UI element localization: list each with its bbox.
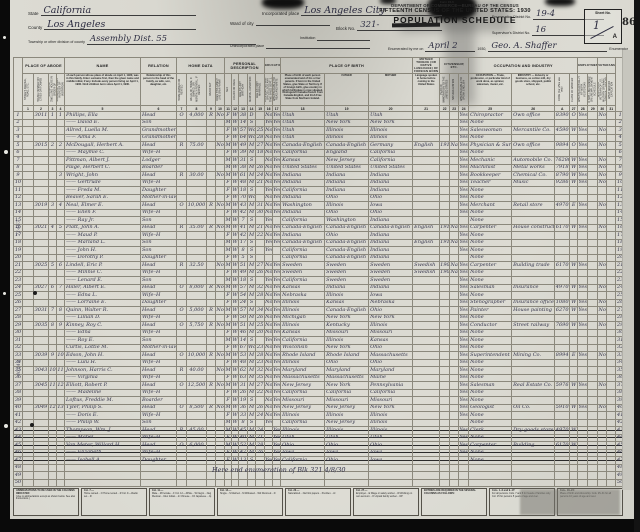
- cell-war: [607, 127, 616, 135]
- cell-radio-set: [207, 134, 216, 142]
- cell-code: [555, 329, 570, 337]
- cell-immigration-year: [440, 202, 450, 210]
- cell-race: W: [232, 329, 239, 337]
- cell-unemployment-line: [588, 247, 598, 255]
- cell-mother-tongue: [413, 254, 440, 262]
- cell-family-number: [57, 314, 65, 322]
- cell-marital: M: [248, 322, 256, 330]
- cell-naturalization: [450, 434, 459, 442]
- group-mother-tongue: MOTHER TONGUE (OR NATIVE LANGUAGE) OF FO…: [413, 58, 440, 74]
- cell-mother-birthplace: Nebraska: [369, 299, 413, 307]
- cell-name: Phillips, Ella: [65, 112, 141, 120]
- cell-code: [555, 419, 570, 427]
- cell-race: W: [232, 194, 239, 202]
- cell-home-value: [187, 329, 207, 337]
- cell-unemployment-line: [588, 359, 598, 367]
- cell-father-birthplace: Canada-English: [325, 239, 369, 247]
- cell-farm: [216, 479, 225, 487]
- cell-naturalization: [450, 149, 459, 157]
- cell-home-owned: R: [177, 172, 187, 180]
- cell-home-value: [187, 187, 207, 195]
- cell-birthplace: Illinois: [281, 322, 325, 330]
- cell-dwelling-number: [49, 337, 57, 345]
- cell-home-owned: [177, 449, 187, 457]
- cell-sex: M: [225, 172, 232, 180]
- cell-house-number: [34, 389, 49, 397]
- cell-at-work: Yes: [578, 157, 588, 165]
- cell-marital: Wd: [248, 134, 256, 142]
- cell-house-number: [34, 442, 49, 450]
- cell-home-owned: O: [177, 442, 187, 450]
- cell-naturalization: [450, 314, 459, 322]
- cell-war: [607, 359, 616, 367]
- col-code: CODE (For office use only): [555, 74, 570, 106]
- cell-age: 61: [239, 172, 248, 180]
- cell-radio-set: R: [207, 307, 216, 315]
- group-header-row: PLACE OF ABODE NAME RELATION HOME DATA P…: [14, 58, 625, 74]
- cell-house-number: [34, 472, 49, 480]
- cell-birthplace: Maryland: [281, 367, 325, 375]
- cell-speaks-english: Yes: [459, 292, 469, 300]
- cell-war: [607, 449, 616, 457]
- col-radio-set: RADIO SET: [207, 74, 216, 106]
- cell-farm: [216, 217, 225, 225]
- cell-industry: [512, 134, 555, 142]
- cell-veteran: [598, 359, 607, 367]
- cell-relation: Head: [141, 382, 177, 390]
- cell-school: Yes: [265, 239, 273, 247]
- cell-line-number: 46: [14, 449, 23, 457]
- cell-home-owned: [177, 329, 187, 337]
- cell-unemployment-line: [588, 322, 598, 330]
- cell-occupation: None: [469, 419, 512, 427]
- cell-mother-birthplace: California: [369, 157, 413, 165]
- cell-naturalization: [450, 382, 459, 390]
- cell-school: No: [265, 292, 273, 300]
- cell-street: [23, 464, 34, 472]
- cell-age-first-marriage: 28: [256, 442, 265, 450]
- cell-sex: F: [225, 127, 232, 135]
- cell-race: W: [232, 142, 239, 150]
- cell-industry: [512, 419, 555, 427]
- cell-mother-birthplace: Ohio: [369, 209, 413, 217]
- cell-sex: F: [225, 434, 232, 442]
- cell-name: —— John H.: [65, 247, 141, 255]
- cell-marital: M: [248, 164, 256, 172]
- cell-line-number: 2: [14, 119, 23, 127]
- cell-mother-birthplace: Sweden: [369, 269, 413, 277]
- cell-speaks-english: Yes: [459, 179, 469, 187]
- cell-farm: [216, 419, 225, 427]
- cell-name: —— Gertrude: [65, 179, 141, 187]
- cell-naturalization: [450, 472, 459, 480]
- cell-speaks-english: [459, 217, 469, 225]
- cell-school: No: [265, 382, 273, 390]
- cell-code: 9894: [555, 142, 570, 150]
- cell-dwelling-number: [49, 479, 57, 487]
- cell-home-value: 30.00: [187, 172, 207, 180]
- cell-street: [23, 172, 34, 180]
- cell-family-number: [57, 419, 65, 427]
- cell-war: [607, 172, 616, 180]
- cell-dwelling-number: 7: [49, 307, 57, 315]
- cell-occupation: [469, 479, 512, 487]
- cell-house-number: [34, 134, 49, 142]
- cell-class-of-worker: W: [570, 262, 578, 270]
- cell-occupation: Machinist: [469, 164, 512, 172]
- cell-mother-birthplace: Indiana: [369, 179, 413, 187]
- cell-street: [23, 142, 34, 150]
- cell-relation: Wife–H: [141, 232, 177, 240]
- cell-line-number: 4: [14, 134, 23, 142]
- cell-race: W: [232, 449, 239, 457]
- col-war: WHAT WAR OR EXPEDITION: [607, 74, 616, 106]
- cell-veteran: No: [598, 127, 607, 135]
- cell-family-number: [57, 179, 65, 187]
- cell-mother-birthplace: Canada-English: [369, 224, 413, 232]
- cell-family-number: [57, 464, 65, 472]
- cell-read-write: Yes: [273, 322, 281, 330]
- cell-father-birthplace: Illinois: [325, 337, 369, 345]
- cell-mother-birthplace: Iowa: [369, 202, 413, 210]
- cell-mother-tongue: [413, 314, 440, 322]
- cell-war: [607, 374, 616, 382]
- cell-age-first-marriage: 28: [256, 134, 265, 142]
- cell-class-of-worker: W: [570, 127, 578, 135]
- cell-mother-birthplace: Germany: [369, 142, 413, 150]
- cell-relation: Head: [141, 442, 177, 450]
- cell-home-value: 6,000: [187, 442, 207, 450]
- cell-age-first-marriage: [256, 112, 265, 120]
- cell-dwelling-number: [49, 172, 57, 180]
- cell-house-number: [34, 374, 49, 382]
- cell-family-number: [57, 269, 65, 277]
- cell-mother-birthplace: Utah: [369, 112, 413, 120]
- cell-school: No: [265, 374, 273, 382]
- cell-age: [239, 479, 248, 487]
- cell-at-work: [578, 149, 588, 157]
- table-row: 25 —— Edna L. Wife–H F W 54 M 28: [14, 292, 625, 300]
- cell-immigration-year: [440, 164, 450, 172]
- cell-relation: Wife–H: [141, 374, 177, 382]
- cell-home-owned: [177, 314, 187, 322]
- cell-name: —— Virginia: [65, 374, 141, 382]
- cell-dwelling-number: [49, 292, 57, 300]
- cell-mother-birthplace: [369, 472, 413, 480]
- cell-age: 5: [239, 254, 248, 262]
- cell-house-number: [34, 179, 49, 187]
- cell-age: 41: [239, 224, 248, 232]
- cell-family-number: 6: [57, 262, 65, 270]
- col-sex: SEX: [225, 74, 232, 106]
- cell-dwelling-number: 9: [49, 352, 57, 360]
- cell-radio-set: [207, 172, 216, 180]
- cell-occupation: Bookkeeper: [469, 172, 512, 180]
- cell-home-owned: [177, 344, 187, 352]
- cell-occupation: Saleswoman: [469, 127, 512, 135]
- cell-speaks-english: Yes: [459, 352, 469, 360]
- cell-name: —— Madeline: [65, 389, 141, 397]
- cell-occupation: Superintendent: [469, 352, 512, 360]
- cell-at-work: Yes: [578, 284, 588, 292]
- cell-family-number: [57, 397, 65, 405]
- col-mother-birthplace: MOTHER: [369, 74, 413, 106]
- cell-code: 8790: [555, 172, 570, 180]
- cell-home-value: [187, 337, 207, 345]
- cell-industry: [512, 217, 555, 225]
- cell-family-number: [57, 149, 65, 157]
- cell-naturalization: [450, 134, 459, 142]
- table-row: 27 3031 7 8 Quinn, Walter R. Head O 5,00…: [14, 307, 625, 315]
- cell-at-work: Yes: [578, 112, 588, 120]
- cell-naturalization: [450, 389, 459, 397]
- cell-immigration-year: [440, 479, 450, 487]
- cell-farm: No: [216, 262, 225, 270]
- cell-veteran: No: [598, 142, 607, 150]
- cell-veteran: No: [598, 382, 607, 390]
- cell-mother-tongue: [413, 277, 440, 285]
- cell-family-number: [57, 217, 65, 225]
- cell-age-first-marriage: [256, 479, 265, 487]
- cell-home-owned: [177, 389, 187, 397]
- cell-naturalization: [450, 457, 459, 465]
- cell-read-write: Yes: [273, 269, 281, 277]
- cell-mother-birthplace: [369, 464, 413, 472]
- cell-sex: F: [225, 134, 232, 142]
- cell-family-number: 3: [57, 172, 65, 180]
- cell-school: No: [265, 269, 273, 277]
- cell-war: [607, 397, 616, 405]
- cell-age: 52: [239, 442, 248, 450]
- cell-speaks-english: Yes: [459, 194, 469, 202]
- col-industry-description: INDUSTRY — Industry or business, as cott…: [512, 74, 555, 106]
- cell-speaks-english: [459, 464, 469, 472]
- cell-age-first-marriage: 21: [256, 179, 265, 187]
- cell-home-value: 32.50: [187, 262, 207, 270]
- cell-class-of-worker: [570, 374, 578, 382]
- cell-father-birthplace: New Jersey: [325, 157, 369, 165]
- cell-mother-birthplace: Massachusetts: [369, 352, 413, 360]
- cell-speaks-english: Yes: [459, 157, 469, 165]
- cell-immigration-year: 1912: [440, 239, 450, 247]
- cell-dwelling-number: [49, 254, 57, 262]
- cell-dwelling-number: 4: [49, 224, 57, 232]
- cell-farm: [216, 239, 225, 247]
- table-row: 7 Pittman, Albert J. Lodger M W 31 S: [14, 157, 625, 165]
- table-row: 37 3045 11 12 Elliott, Robert P. Head O …: [14, 382, 625, 390]
- cell-home-value: [187, 164, 207, 172]
- cell-mother-tongue: [413, 442, 440, 450]
- cell-veteran: [598, 292, 607, 300]
- cell-war: [607, 337, 616, 345]
- cell-at-work: [578, 209, 588, 217]
- col-read-write: WHETHER ABLE TO READ AND WRITE: [273, 74, 281, 106]
- cell-veteran: [598, 374, 607, 382]
- cell-home-owned: O: [177, 352, 187, 360]
- cell-age: 18: [239, 187, 248, 195]
- cell-unemployment-line: [588, 239, 598, 247]
- cell-occupation: Mechanic: [469, 157, 512, 165]
- cell-line-number: 21: [14, 262, 23, 270]
- cell-veteran: No: [598, 172, 607, 180]
- cell-school: [265, 254, 273, 262]
- cell-read-write: Yes: [273, 179, 281, 187]
- cell-veteran: [598, 277, 607, 285]
- cell-age-first-marriage: 34: [256, 307, 265, 315]
- cell-industry: [512, 479, 555, 487]
- cell-name: [65, 472, 141, 480]
- cell-at-work: [578, 239, 588, 247]
- cell-immigration-year: [440, 254, 450, 262]
- cell-home-owned: [177, 434, 187, 442]
- cell-school: No: [265, 329, 273, 337]
- cell-father-birthplace: Sweden: [325, 269, 369, 277]
- cell-occupation: None: [469, 194, 512, 202]
- cell-age: 7: [239, 217, 248, 225]
- cell-unemployment-line: [588, 149, 598, 157]
- enumerated-by-label: Enumerated by me on: [388, 47, 423, 52]
- cell-mother-tongue: English: [413, 239, 440, 247]
- cell-industry: [512, 232, 555, 240]
- cell-unemployment-line: [588, 479, 598, 487]
- cell-dwelling-number: 11: [49, 382, 57, 390]
- cell-naturalization: [450, 397, 459, 405]
- cell-mother-tongue: [413, 149, 440, 157]
- table-row: 1 3011 1 1 Phillips, Ella Head O 4,000 R…: [14, 112, 625, 120]
- cell-home-owned: [177, 419, 187, 427]
- cell-mother-tongue: [413, 352, 440, 360]
- ward-value: [256, 25, 330, 26]
- cell-school: No: [265, 127, 273, 135]
- cell-relation: Son: [141, 119, 177, 127]
- cell-line-number: 11: [14, 187, 23, 195]
- cell-class-of-worker: W: [570, 172, 578, 180]
- cell-war: [607, 194, 616, 202]
- cell-mother-tongue: [413, 419, 440, 427]
- cell-street: [23, 322, 34, 330]
- cell-home-value: [187, 457, 207, 465]
- cell-speaks-english: Yes: [459, 359, 469, 367]
- cell-family-number: [57, 389, 65, 397]
- cell-home-value: [187, 194, 207, 202]
- cell-farm: [216, 127, 225, 135]
- col-relation-description: Relationship of this person to the head …: [141, 74, 177, 106]
- cell-naturalization: [450, 172, 459, 180]
- cell-unemployment-line: [588, 404, 598, 412]
- col-class-of-worker: CLASS OF WORKER: [570, 74, 578, 106]
- cell-industry: House construction: [512, 224, 555, 232]
- cell-sex: M: [225, 224, 232, 232]
- cell-home-owned: [177, 359, 187, 367]
- cell-line-number: 24: [14, 284, 23, 292]
- cell-home-value: 45.00: [187, 427, 207, 435]
- cell-marital: S: [248, 277, 256, 285]
- cell-home-owned: [177, 239, 187, 247]
- cell-radio-set: [207, 269, 216, 277]
- cell-mother-tongue: [413, 404, 440, 412]
- cell-code: [555, 277, 570, 285]
- cell-home-value: [187, 179, 207, 187]
- cell-name: Neal, Elmer E.: [65, 202, 141, 210]
- cell-radio-set: [207, 262, 216, 270]
- state-label: State: [28, 11, 39, 16]
- cell-code: 6170: [555, 442, 570, 450]
- cell-code: [555, 187, 570, 195]
- cell-marital: M: [248, 314, 256, 322]
- cell-class-of-worker: [570, 449, 578, 457]
- cell-family-number: [57, 209, 65, 217]
- cell-mother-birthplace: United States: [369, 164, 413, 172]
- cell-industry: [512, 389, 555, 397]
- cell-read-write: Yes: [273, 307, 281, 315]
- cell-race: [232, 479, 239, 487]
- cell-mother-birthplace: Iowa: [369, 457, 413, 465]
- cell-occupation: None: [469, 359, 512, 367]
- cell-house-number: 3039: [34, 352, 49, 360]
- unincorporated-value: [266, 48, 370, 49]
- cell-house-number: [34, 457, 49, 465]
- cell-industry: [512, 464, 555, 472]
- cell-code: [555, 389, 570, 397]
- cell-war: [607, 457, 616, 465]
- cell-farm: No: [216, 202, 225, 210]
- cell-school: No: [265, 112, 273, 120]
- cell-war: [607, 269, 616, 277]
- cell-school: No: [265, 202, 273, 210]
- cell-at-work: Yes: [578, 404, 588, 412]
- cell-family-number: 8: [57, 307, 65, 315]
- cell-relation: Head: [141, 322, 177, 330]
- cell-naturalization: [450, 404, 459, 412]
- cell-radio-set: [207, 389, 216, 397]
- cell-birthplace: California: [281, 149, 325, 157]
- cell-name: Lindell, Eric P.: [65, 262, 141, 270]
- cell-veteran: [598, 239, 607, 247]
- cell-name: —— Mabel: [65, 434, 141, 442]
- cell-street: [23, 479, 34, 487]
- cell-street: [23, 412, 34, 420]
- cell-age: 38: [239, 164, 248, 172]
- cell-immigration-year: 1902: [440, 262, 450, 270]
- cell-veteran: [598, 457, 607, 465]
- cell-unemployment-line: [588, 307, 598, 315]
- cell-age-first-marriage: 31: [256, 202, 265, 210]
- cell-race: W: [232, 239, 239, 247]
- cell-age: 42: [239, 232, 248, 240]
- enumerated-year: 1930,: [477, 47, 486, 52]
- cell-war: [607, 119, 616, 127]
- table-row: 30 —— Edna Wife–H F W 46 M 20 No: [14, 329, 625, 337]
- cell-code: 5910: [555, 404, 570, 412]
- cell-farm: [216, 119, 225, 127]
- cell-home-value: [187, 472, 207, 480]
- cell-veteran: No: [598, 112, 607, 120]
- cell-race: W: [232, 127, 239, 135]
- scan-edge-right: [634, 0, 640, 532]
- cell-house-number: 3021: [34, 224, 49, 232]
- cell-name: Kinney, Roy C.: [65, 322, 141, 330]
- cell-farm: No: [216, 112, 225, 120]
- cell-at-work: [578, 344, 588, 352]
- cell-father-birthplace: Canada-English: [325, 247, 369, 255]
- cell-code: [555, 314, 570, 322]
- cell-sex: M: [225, 322, 232, 330]
- cell-class-of-worker: [570, 419, 578, 427]
- cell-age: 31: [239, 382, 248, 390]
- cell-code: [555, 134, 570, 142]
- cell-birthplace: Washington: [281, 202, 325, 210]
- cell-veteran: [598, 449, 607, 457]
